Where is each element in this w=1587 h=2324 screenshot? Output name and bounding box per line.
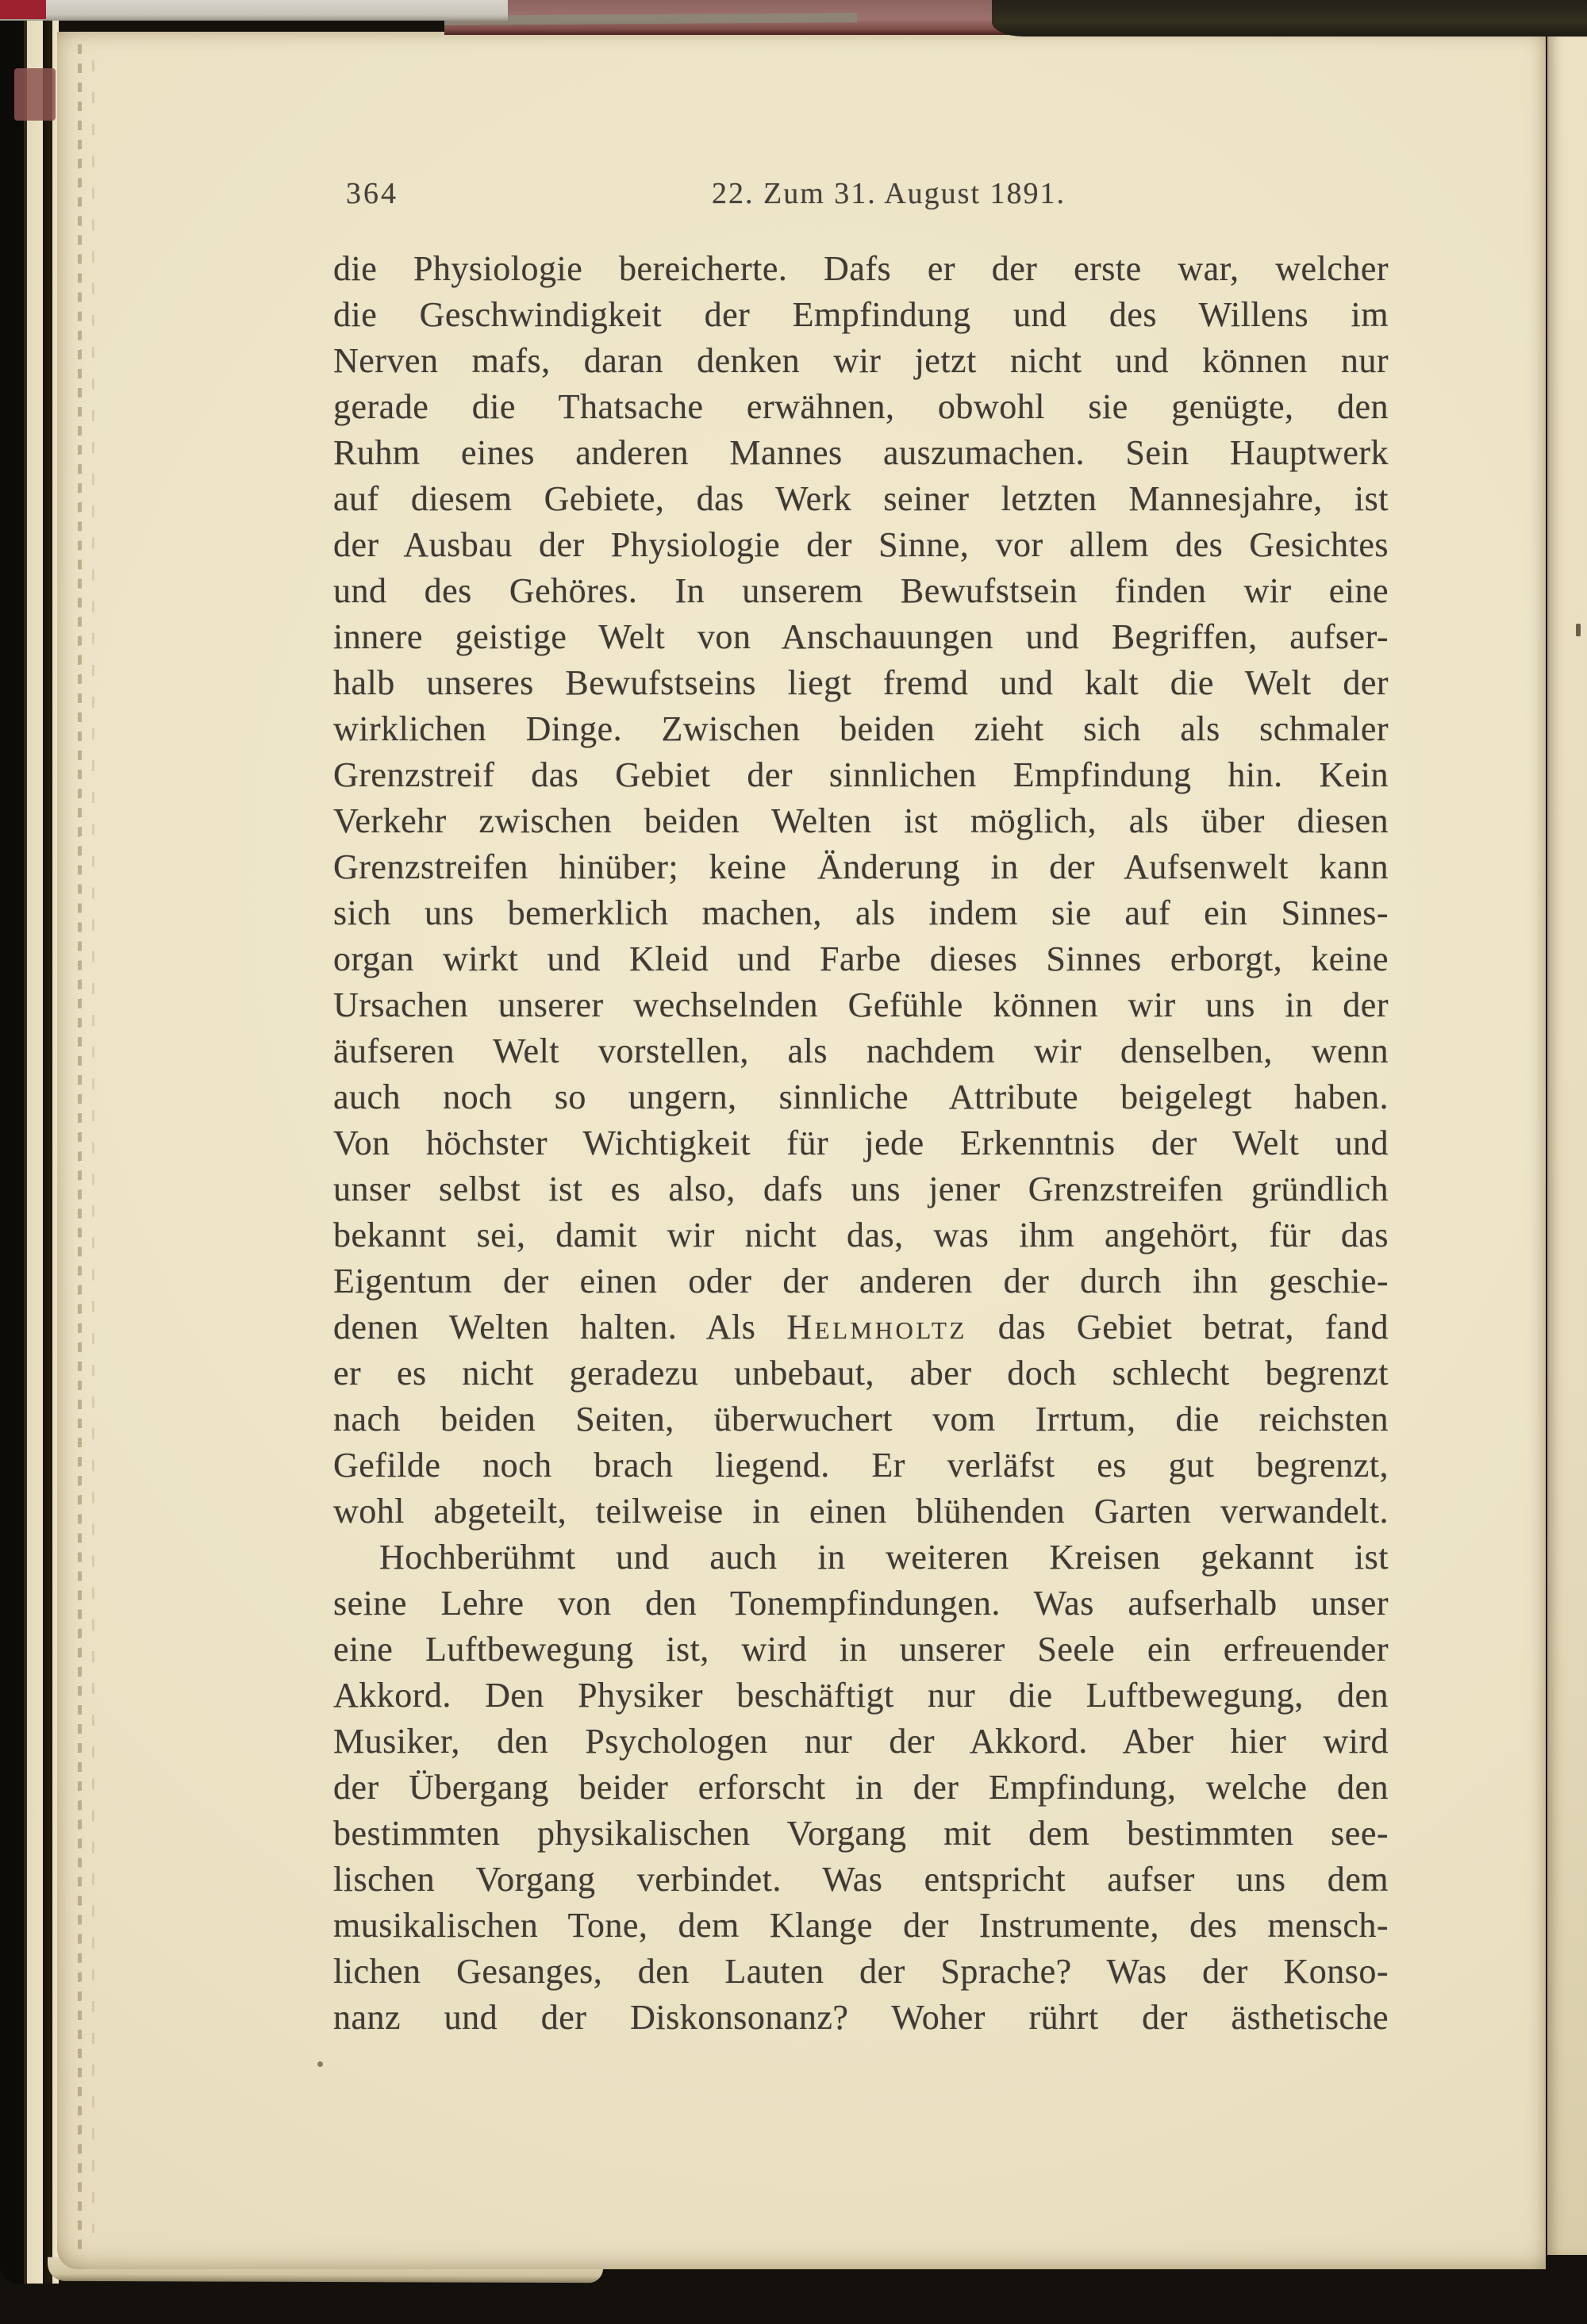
text-line: Verkehr zwischen beiden Welten ist mögli… (333, 798, 1389, 844)
scan-speck (317, 2061, 323, 2067)
text-line: Musiker, den Psychologen nur der Akkord.… (333, 1719, 1389, 1765)
page-number: 364 (346, 171, 398, 216)
page-content: 364 22. Zum 31. August 1891. die Physiol… (57, 32, 1546, 2269)
text-line: sich uns bemerklich machen, als indem si… (333, 890, 1389, 936)
text-line: Gefilde noch brach liegend. Er verläfst … (333, 1442, 1389, 1489)
text-line: der Übergang beider erforscht in der Emp… (333, 1765, 1389, 1811)
page-stack-left-edge (0, 21, 59, 2284)
text-line: er es nicht geradezu unbebaut, aber doch… (333, 1350, 1389, 1396)
book-scan: 364 22. Zum 31. August 1891. die Physiol… (0, 0, 1587, 2324)
red-cover-corner (0, 0, 46, 19)
text-line: auf diesem Gebiete, das Werk seiner letz… (333, 476, 1389, 522)
text-line: auch noch so ungern, sinnliche Attribute… (333, 1074, 1389, 1120)
text-line: gerade die Thatsache erwähnen, obwohl si… (333, 384, 1389, 430)
text-line: und des Gehöres. In unserem Bewufstsein … (333, 568, 1389, 614)
text-line: Eigentum der einen oder der anderen der … (333, 1258, 1389, 1304)
text-line: Ursachen unserer wechselnden Gefühle kön… (333, 982, 1389, 1028)
text-line: wohl abgeteilt, teilweise in einen blühe… (333, 1489, 1389, 1535)
page-body-text: die Physiologie bereicherte. Dafs er der… (333, 246, 1389, 2041)
red-edge-stain (14, 68, 56, 121)
book-cover-top-edge (992, 0, 1587, 36)
text-line: bekannt sei, damit wir nicht das, was ih… (333, 1212, 1389, 1258)
page-header: 364 22. Zum 31. August 1891. (333, 171, 1389, 216)
text-line: äufseren Welt vorstellen, als nachdem wi… (333, 1028, 1389, 1074)
text-line: nach beiden Seiten, überwuchert vom Irrt… (333, 1396, 1389, 1442)
text-line: seine Lehre von den Tonempfindungen. Was… (333, 1581, 1389, 1627)
text-line: der Ausbau der Physiologie der Sinne, vo… (333, 522, 1389, 568)
text-line: denen Welten halten. Als Helmholtz das G… (333, 1304, 1389, 1350)
text-line: Akkord. Den Physiker beschäftigt nur die… (333, 1673, 1389, 1719)
text-line: Ruhm eines anderen Mannes auszumachen. S… (333, 430, 1389, 476)
text-line: Hochberühmt und auch in weiteren Kreisen… (333, 1535, 1389, 1581)
text-line: halb unseres Bewufstseins liegt fremd un… (333, 660, 1389, 706)
text-line: die Physiologie bereicherte. Dafs er der… (333, 246, 1389, 292)
text-line: eine Luftbewegung ist, wird in unserer S… (333, 1627, 1389, 1673)
text-line: Von höchster Wichtigkeit für jede Erkenn… (333, 1120, 1389, 1166)
text-line: Grenzstreif das Gebiet der sinnlichen Em… (333, 752, 1389, 798)
person-name-smallcaps: Helmholtz (786, 1308, 966, 1346)
text-line: lichen Gesanges, den Lauten der Sprache?… (333, 1949, 1389, 1995)
text-line: wirklichen Dinge. Zwischen beiden zieht … (333, 706, 1389, 752)
scan-speck (1576, 624, 1581, 636)
book-page: 364 22. Zum 31. August 1891. die Physiol… (57, 32, 1546, 2269)
adjacent-page-edge (1547, 32, 1587, 2255)
text-line: die Geschwindigkeit der Empfindung und d… (333, 292, 1389, 338)
text-line: organ wirkt und Kleid und Farbe dieses S… (333, 936, 1389, 982)
text-line: bestimmten physikalischen Vorgang mit de… (333, 1811, 1389, 1857)
running-header: 22. Zum 31. August 1891. (333, 171, 1389, 216)
text-line: musikalischen Tone, dem Klange der Instr… (333, 1903, 1389, 1949)
text-line: Grenzstreifen hinüber; keine Änderung in… (333, 844, 1389, 890)
top-edge-gray-band (0, 0, 508, 21)
text-line: unser selbst ist es also, dafs uns jener… (333, 1166, 1389, 1212)
text-line: Nerven mafs, daran denken wir jetzt nich… (333, 338, 1389, 384)
text-line: nanz und der Diskonsonanz? Woher rührt d… (333, 1995, 1389, 2041)
text-line: lischen Vorgang verbindet. Was entsprich… (333, 1857, 1389, 1903)
text-line: innere geistige Welt von Anschauungen un… (333, 614, 1389, 660)
